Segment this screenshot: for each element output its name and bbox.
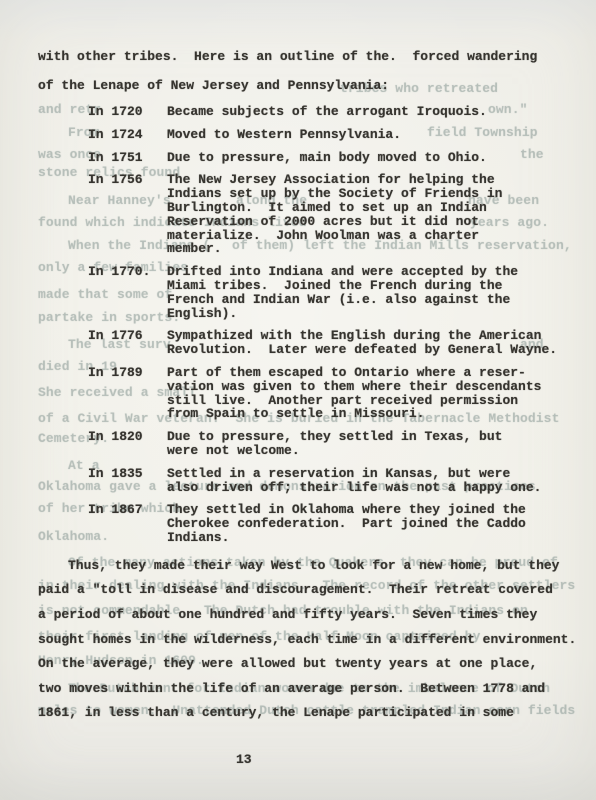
timeline-description: They settled in Oklahoma where they join… [167,503,572,544]
timeline-entry: In 1720 Became subjects of the arrogant … [38,105,572,119]
timeline-year: In 1724 [88,128,167,142]
text-line: sought homes in the wilderness, each tim… [38,628,572,653]
text-line: vation was given to them where their des… [167,380,572,394]
text-line: Settled in a reservation in Kansas, but … [167,467,572,481]
timeline-description: Sympathized with the English during the … [167,329,572,357]
text-line: They settled in Oklahoma where they join… [167,503,572,517]
text-line: Part of them escaped to Ontario where a … [167,366,572,380]
text-line: French and Indian War (i.e. also against… [167,293,572,307]
text-line: a period of about one hundred and fifty … [38,603,572,628]
timeline-year: In 1789 [88,366,167,421]
timeline-entry: In 1751 Due to pressure, main body moved… [38,151,572,165]
text-line: from Spain to settle in Missouri. [167,407,572,421]
text-line: Reservation of 2000 acres but it did not [167,215,572,229]
scanned-document-page: tribes who retreatedand retrown."Fromfie… [0,0,596,800]
text-line: Burlington. It aimed to set up an Indian [167,201,572,215]
text-line: Sympathized with the English during the … [167,329,572,343]
timeline-year: In 1776 [88,329,167,357]
text-line: also driven off; their life was not a ha… [167,481,572,495]
closing-paragraph: Thus, they made their way West to look f… [38,554,572,726]
timeline-year: In 1835 [88,467,167,495]
text-line: Became subjects of the arrogant Iroquois… [167,105,572,119]
timeline-year: In 1756 [88,173,167,256]
timeline-entry: In 1770. Drifted into Indiana and were a… [38,265,572,320]
timeline-entry: In 1756 The New Jersey Association for h… [38,173,572,256]
text-line: Miami tribes. Joined the French during t… [167,279,572,293]
timeline-description: Part of them escaped to Ontario where a … [167,366,572,421]
timeline-description: Due to pressure, they settled in Texas, … [167,430,572,458]
timeline-entry: In 1724 Moved to Western Pennsylvania. [38,128,572,142]
timeline-description: The New Jersey Association for helping t… [167,173,572,256]
timeline-year: In 1820 [88,430,167,458]
timeline-year: In 1770. [88,265,167,320]
text-line: with other tribes. Here is an outline of… [38,42,572,71]
timeline-description: Drifted into Indiana and were accepted b… [167,265,572,320]
text-line: Thus, they made their way West to look f… [38,554,572,579]
text-line: The New Jersey Association for helping t… [167,173,572,187]
timeline-entry: In 1789 Part of them escaped to Ontario … [38,366,572,421]
text-line: On the average, they were allowed but tw… [38,652,572,677]
timeline-year: In 1867 [88,503,167,544]
text-line: Indians. [167,531,572,545]
timeline-entry: In 1820 Due to pressure, they settled in… [38,430,572,458]
text-line: Indians set up by the Society of Friends… [167,187,572,201]
timeline-list: In 1720 Became subjects of the arrogant … [38,105,572,545]
timeline-year: In 1751 [88,151,167,165]
page-number: 13 [236,752,252,767]
text-line: Due to pressure, main body moved to Ohio… [167,151,572,165]
text-line: were not welcome. [167,444,572,458]
text-line: materialize. John Woolman was a charter [167,229,572,243]
text-line: Revolution. Later were defeated by Gener… [167,343,572,357]
text-line: Moved to Western Pennsylvania. [167,128,572,142]
text-line: Drifted into Indiana and were accepted b… [167,265,572,279]
text-line: paid a "toll in disease and discourageme… [38,578,572,603]
text-line: still live. Another part received permis… [167,394,572,408]
timeline-description: Became subjects of the arrogant Iroquois… [167,105,572,119]
timeline-description: Moved to Western Pennsylvania. [167,128,572,142]
timeline-entry: In 1776 Sympathized with the English dur… [38,329,572,357]
text-line: two moves within the life of an average … [38,677,572,702]
text-line: of the Lenape of New Jersey and Pennsylv… [38,71,572,100]
text-line: Due to pressure, they settled in Texas, … [167,430,572,444]
page-content: with other tribes. Here is an outline of… [38,42,572,726]
intro-paragraph: with other tribes. Here is an outline of… [38,42,572,100]
text-line: member. [167,242,572,256]
timeline-description: Settled in a reservation in Kansas, but … [167,467,572,495]
timeline-description: Due to pressure, main body moved to Ohio… [167,151,572,165]
timeline-entry: In 1867 They settled in Oklahoma where t… [38,503,572,544]
timeline-entry: In 1835 Settled in a reservation in Kans… [38,467,572,495]
text-line: English). [167,307,572,321]
text-line: Cherokee confederation. Part joined the … [167,517,572,531]
timeline-year: In 1720 [88,105,167,119]
text-line: 1861, in less than a century, the Lenape… [38,701,572,726]
